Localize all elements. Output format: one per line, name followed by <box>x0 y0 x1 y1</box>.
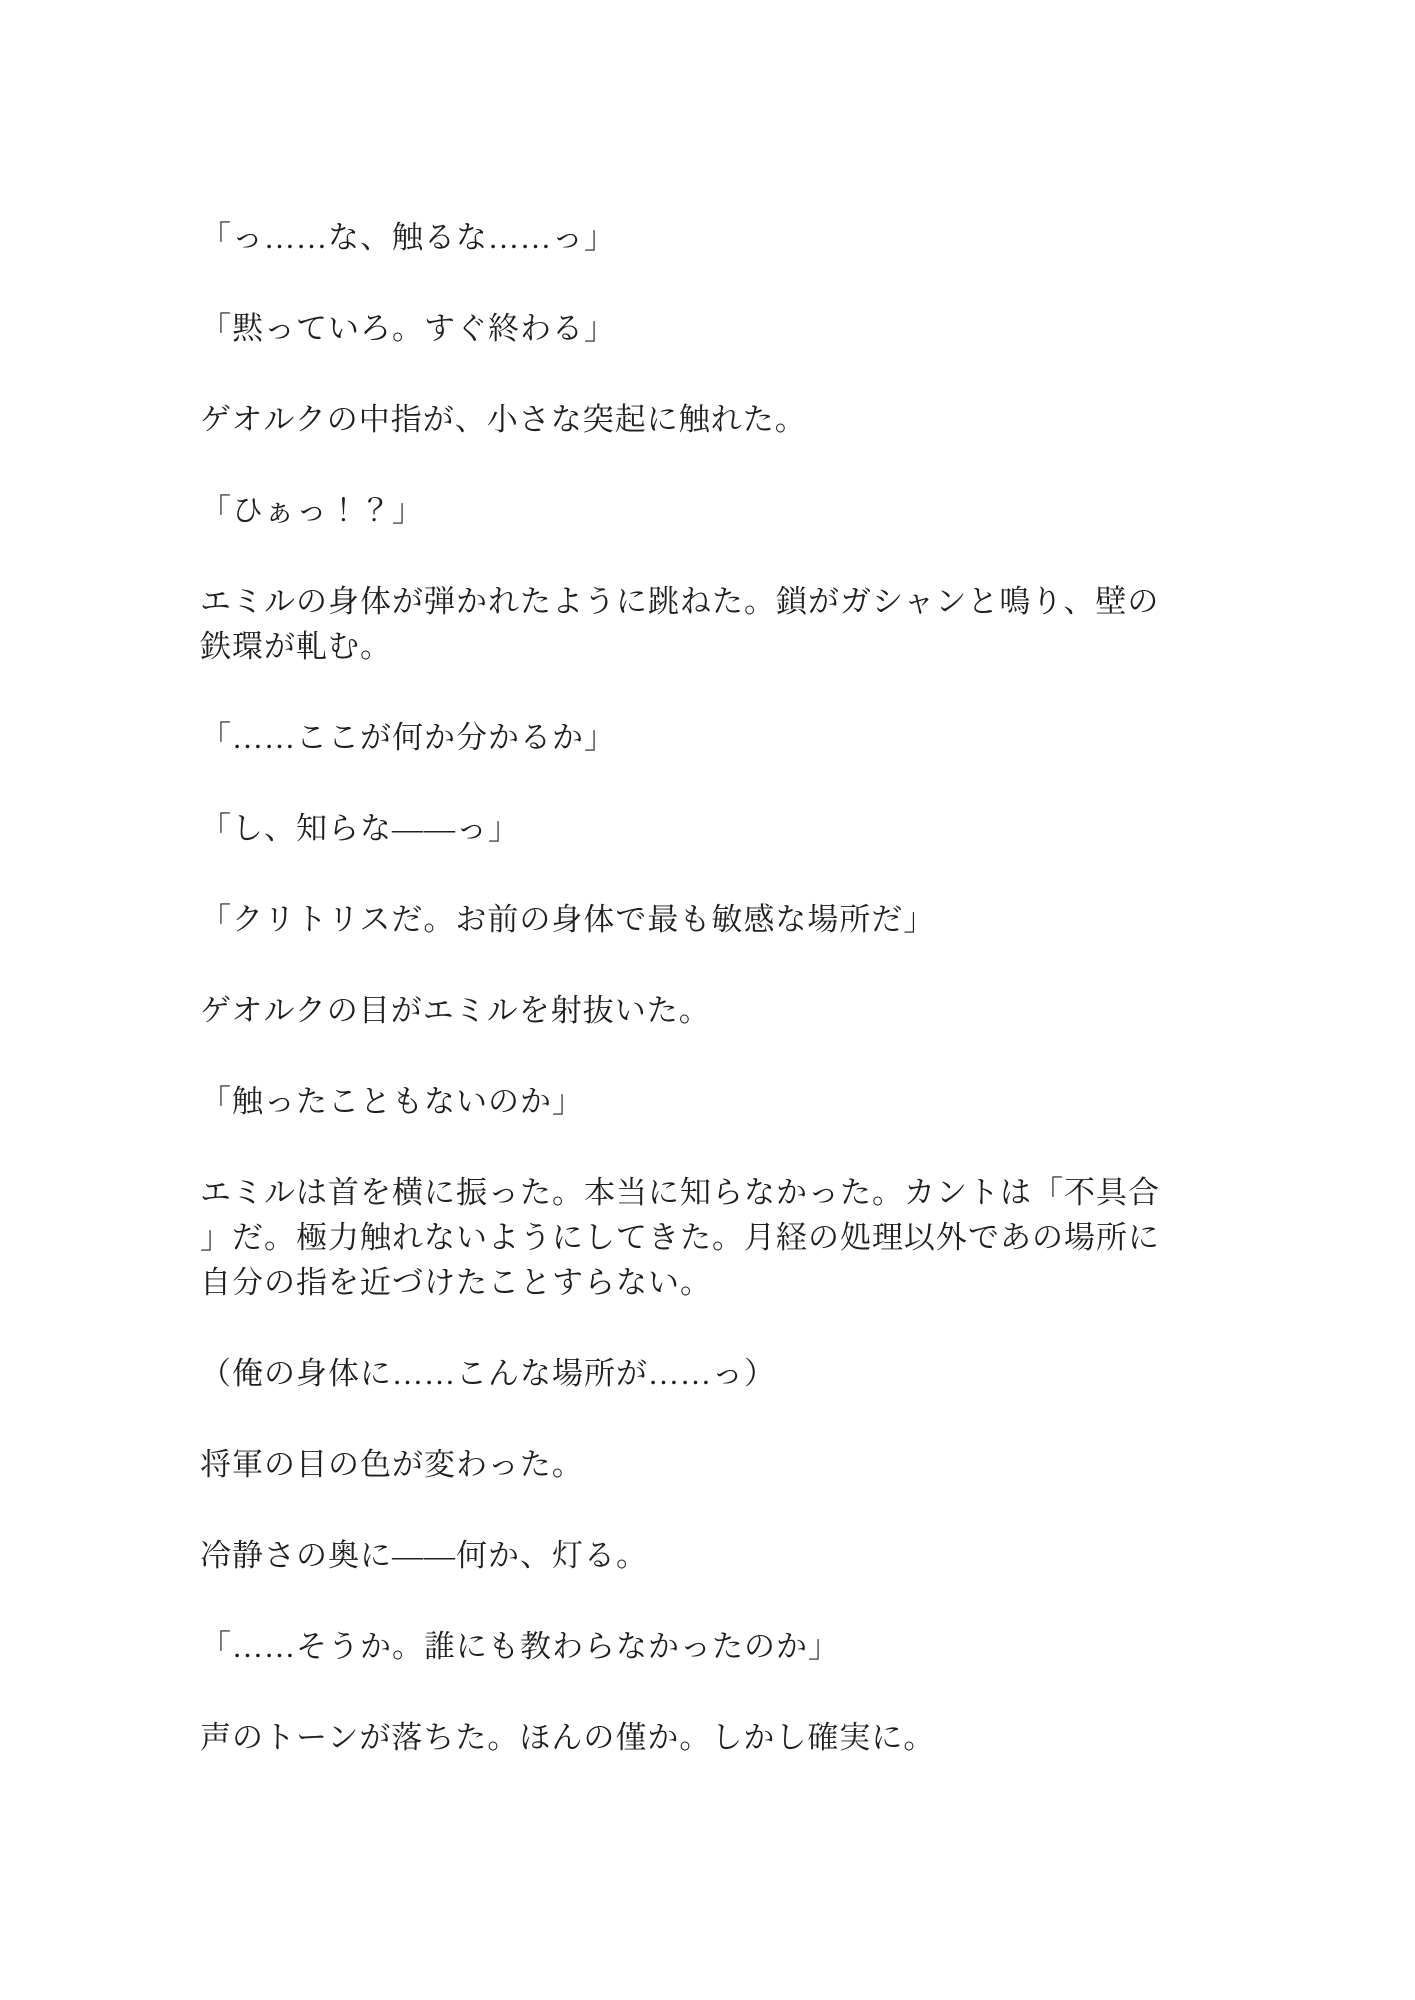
paragraph: 「し、知らな――っ」 <box>200 806 1190 851</box>
text-line: 「触ったこともないのか」 <box>200 1079 1190 1124</box>
text-line: 冷静さの奥に――何か、灯る。 <box>200 1533 1190 1578</box>
paragraph: 声のトーンが落ちた。ほんの僅か。しかし確実に。 <box>200 1715 1190 1760</box>
paragraph: 「っ……な、触るな……っ」 <box>200 215 1190 260</box>
paragraph: 「触ったこともないのか」 <box>200 1079 1190 1124</box>
text-line: 自分の指を近づけたことすらない。 <box>200 1260 1190 1305</box>
paragraph: エミルの身体が弾かれたように跳ねた。鎖がガシャンと鳴り、壁の鉄環が軋む。 <box>200 579 1190 669</box>
text-line: 「し、知らな――っ」 <box>200 806 1190 851</box>
text-line: 将軍の目の色が変わった。 <box>200 1442 1190 1487</box>
text-line: エミルの身体が弾かれたように跳ねた。鎖がガシャンと鳴り、壁の <box>200 579 1190 624</box>
text-line: 「黙っていろ。すぐ終わる」 <box>200 306 1190 351</box>
paragraph: 冷静さの奥に――何か、灯る。 <box>200 1533 1190 1578</box>
text-line: ゲオルクの中指が、小さな突起に触れた。 <box>200 397 1190 442</box>
text-line: （俺の身体に……こんな場所が……っ） <box>200 1351 1190 1396</box>
paragraph: ゲオルクの目がエミルを射抜いた。 <box>200 988 1190 1033</box>
text-line: 声のトーンが落ちた。ほんの僅か。しかし確実に。 <box>200 1715 1190 1760</box>
document-page: 「っ……な、触るな……っ」「黙っていろ。すぐ終わる」ゲオルクの中指が、小さな突起… <box>0 0 1415 2000</box>
text-line: 」だ。極力触れないようにしてきた。月経の処理以外であの場所に <box>200 1215 1190 1260</box>
paragraph: エミルは首を横に振った。本当に知らなかった。カントは「不具合」だ。極力触れないよ… <box>200 1170 1190 1305</box>
text-line: 「……ここが何か分かるか」 <box>200 715 1190 760</box>
text-line: エミルは首を横に振った。本当に知らなかった。カントは「不具合 <box>200 1170 1190 1215</box>
text-line: 「っ……な、触るな……っ」 <box>200 215 1190 260</box>
text-line: 「ひぁっ！？」 <box>200 488 1190 533</box>
paragraph: 「……そうか。誰にも教わらなかったのか」 <box>200 1624 1190 1669</box>
paragraph: 「ひぁっ！？」 <box>200 488 1190 533</box>
text-line: 「クリトリスだ。お前の身体で最も敏感な場所だ」 <box>200 897 1190 942</box>
text-line: ゲオルクの目がエミルを射抜いた。 <box>200 988 1190 1033</box>
text-line: 「……そうか。誰にも教わらなかったのか」 <box>200 1624 1190 1669</box>
text-line: 鉄環が軋む。 <box>200 624 1190 669</box>
paragraph: 将軍の目の色が変わった。 <box>200 1442 1190 1487</box>
paragraph: （俺の身体に……こんな場所が……っ） <box>200 1351 1190 1396</box>
paragraph: 「クリトリスだ。お前の身体で最も敏感な場所だ」 <box>200 897 1190 942</box>
paragraph: 「……ここが何か分かるか」 <box>200 715 1190 760</box>
text-column: 「っ……な、触るな……っ」「黙っていろ。すぐ終わる」ゲオルクの中指が、小さな突起… <box>200 215 1190 1760</box>
paragraph: ゲオルクの中指が、小さな突起に触れた。 <box>200 397 1190 442</box>
paragraph: 「黙っていろ。すぐ終わる」 <box>200 306 1190 351</box>
